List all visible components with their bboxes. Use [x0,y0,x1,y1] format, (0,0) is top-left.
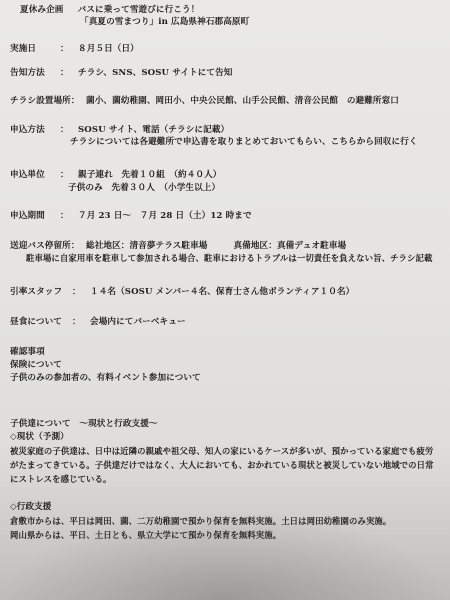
field-flyer-places: チラシ設置場所：薗小、薗幼稚園、岡田小、中央公民館、山手公民館、清音公民館 の避… [10,96,399,107]
field-note: チラシについては各避難所で申込書を取りまとめておいてもらい、こちらから回収に行く [70,137,418,148]
field-apply-unit: 申込単位：親子連れ 先着１０組 （約４０人） [10,170,222,181]
header-line-1: 夏休み企画 バスに乗って雪遊びに行こう！ [20,5,199,16]
event-catchphrase: バスに乗って雪遊びに行こう！ [78,5,200,15]
field-lunch: 昼食について：会場内にてバーベキュー [10,317,186,328]
document-page: 夏休み企画 バスに乗って雪遊びに行こう！ 「真夏の雪まつり」in 広島県神石郡高… [0,0,450,600]
bus-stop-2: 真備地区：真備デュオ駐車場 [233,241,346,251]
bus-stop-1: 総社地区：清音夢テラス駐車場 [86,241,207,251]
field-apply-period: 申込期間：７月 23 日～ ７月 28 日（土）12 時まで [10,211,252,222]
field-label: 申込期間 [10,211,60,222]
support-line: 倉敷市からは、平日は岡田、薗、二万幼稚園で預かり保育を無料実施。土日は岡田幼稚園… [10,516,391,527]
field-label: 告知方法 [10,68,60,79]
children-heading: 子供達について ～現状と行政支援～ [10,419,158,430]
field-value: １４名（SOSU メンバー４名、保育士さん他ボランティア１０名） [90,287,354,297]
field-value: 親子連れ 先着１０組 （約４０人） [78,170,222,180]
status-heading: ◇現状（予測） [10,432,69,443]
field-label: 申込方法 [10,125,60,136]
field-value: 会場内にてバーベキュー [90,317,186,327]
field-staff: 引率スタッフ：１４名（SOSU メンバー４名、保育士さん他ボランティア１０名） [10,287,354,298]
confirm-item: 保険について [10,360,62,371]
field-notice: 告知方法：チラシ、SNS、SOSU サイトにて告知 [10,68,233,79]
field-bus-stops: 送迎バス停留所：総社地区：清音夢テラス駐車場真備地区：真備デュオ駐車場 [10,241,346,252]
field-label: チラシ設置場所： [10,96,86,107]
field-label: 引率スタッフ [10,287,72,298]
field-value: ７月 23 日～ ７月 28 日（土）12 時まで [78,211,252,221]
field-label: 実施日 [10,44,60,55]
status-line: がたまってきている。子供達だけではなく、大人においても、おかれている現状と被災し… [10,460,434,471]
status-line: にストレスを感じている。 [10,474,111,485]
support-line: 岡山県からは、平日、土日とも、県立大学にて預かり保育を無料実施。 [10,530,281,541]
event-title: 「真夏の雪まつり」in 広島県神石郡高原町 [80,17,249,28]
field-value: ８月５日（日） [78,44,139,54]
field-value: 子供のみ 先着３０人 （小学生以上） [68,183,220,194]
confirm-heading: 確認事項 [10,347,45,358]
confirm-item: 子供のみの参加者の、有料イベント参加について [10,373,201,384]
field-value: SOSU サイト、電話（チラシに記載） [78,125,229,135]
field-label: 送迎バス停留所： [10,241,86,252]
field-value: 薗小、薗幼稚園、岡田小、中央公民館、山手公民館、清音公民館 の避難所窓口 [86,96,399,106]
status-line: 被災家庭の子供達は、日中は近隣の親戚や祖父母、知人の家にいるケースが多いが、預か… [10,446,433,457]
support-heading: ◇行政支援 [10,502,51,513]
field-label: 昼食について [10,317,72,328]
field-label: 申込単位 [10,170,60,181]
field-apply-method: 申込方法：SOSU サイト、電話（チラシに記載） [10,125,229,136]
field-date: 実施日：８月５日（日） [10,44,139,55]
field-value: チラシ、SNS、SOSU サイトにて告知 [78,68,233,78]
field-note: 駐車場に自家用車を駐車して参加される場合、駐車におけるトラブルは一切責任を負えな… [26,253,432,264]
event-series: 夏休み企画 [20,5,63,15]
